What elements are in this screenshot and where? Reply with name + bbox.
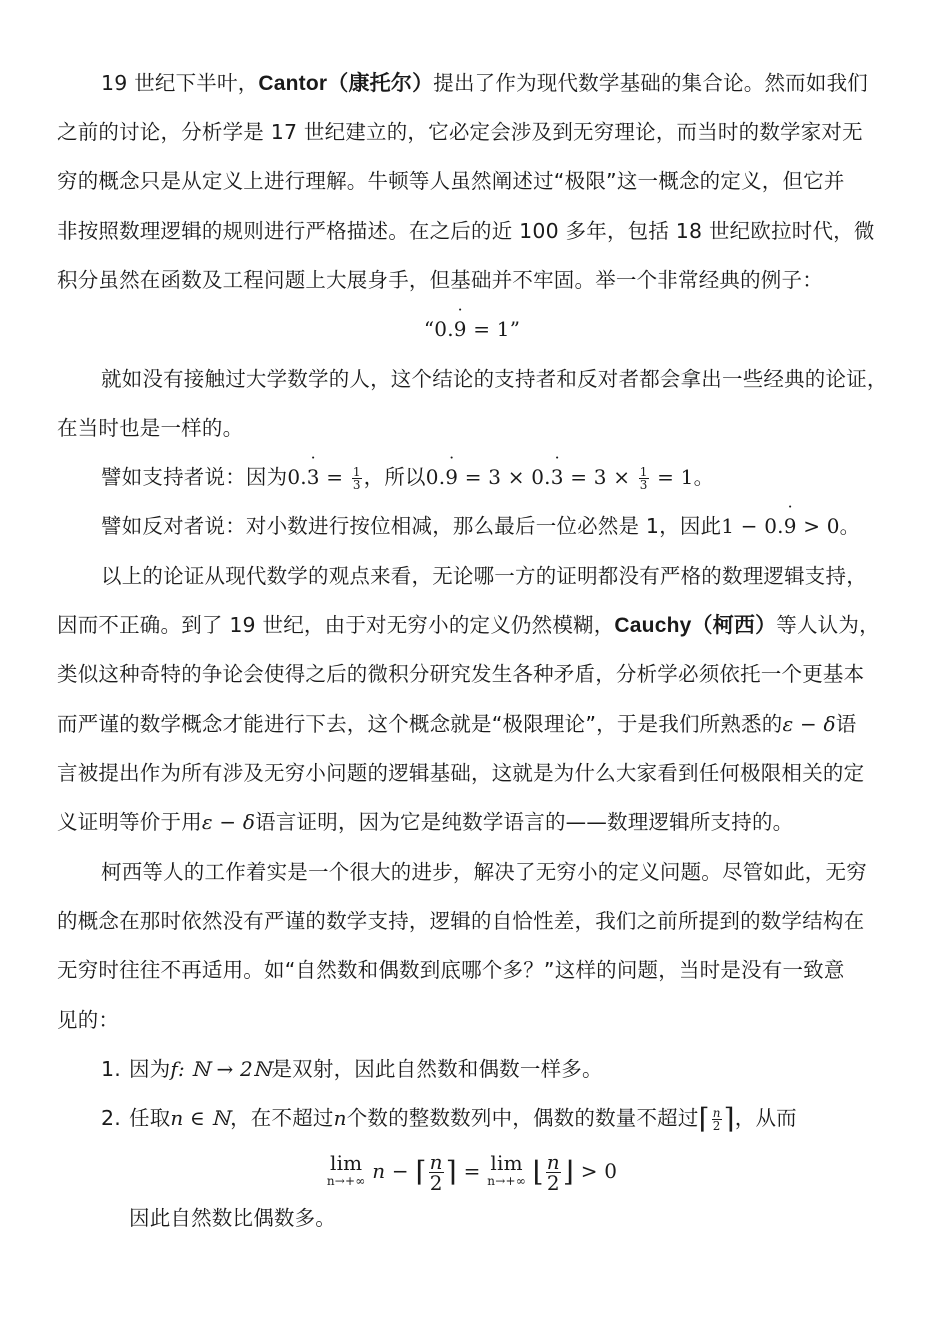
math-text: 0.: [426, 465, 445, 489]
numerator: n: [546, 1152, 561, 1173]
floor-bracket-close: ⌋: [563, 1147, 574, 1197]
lim-word: lim: [330, 1154, 362, 1172]
denominator: 2: [547, 1173, 560, 1193]
denominator: 3: [353, 479, 361, 491]
list-marker: 2.: [101, 1103, 129, 1133]
fraction-n-over-2: n2: [712, 1107, 722, 1132]
fraction-one-third: 13: [352, 466, 362, 491]
paragraph-5-line-1: 以上的论证从现代数学的观点来看，无论哪一方的证明都没有严格的数理逻辑支持，: [101, 561, 867, 591]
paragraph-2-line-1: 就如没有接触过大学数学的人，这个结论的支持者和反对者都会拿出一些经典的论证，: [101, 364, 888, 394]
repeating-digit: 9: [454, 314, 467, 344]
paragraph-5-line-6: 义证明等价于用ε − δ语言证明，因为它是纯数学语言的——数理逻辑所支持的。: [57, 807, 793, 837]
text: ，从而: [735, 1106, 797, 1130]
lim-word: lim: [490, 1154, 522, 1172]
paragraph-2-line-2: 在当时也是一样的。: [57, 413, 243, 443]
math-text: = 3 × 0.: [458, 465, 551, 489]
limit-equation: limn→+∞ n − ⌈n2⌉ = limn→+∞ ⌊n2⌋ > 0: [57, 1146, 887, 1196]
math-text: n −: [372, 1159, 409, 1183]
ceiling-bracket-close: ⌉: [724, 1104, 735, 1134]
numerator: n: [712, 1107, 722, 1120]
text: 义证明等价于用: [57, 810, 202, 834]
math-text: > 0: [581, 1159, 617, 1183]
conclusion: 因此自然数比偶数多。: [129, 1203, 336, 1233]
text: 譬如支持者说：因为: [101, 465, 287, 489]
math-text: > 0。: [797, 514, 860, 538]
paragraph-1-line-2: 之前的讨论，分析学是 17 世纪建立的，它必定会涉及到无穷理论，而当时的数学家对…: [57, 117, 863, 147]
lim-subscript: n→+∞: [487, 1172, 526, 1190]
bijection-formula: f: ℕ → 2ℕ: [170, 1057, 271, 1081]
denominator: 2: [713, 1120, 721, 1132]
text: 而严谨的数学概念才能进行下去，这个概念就是“极限理论”，于是我们所熟悉的: [57, 712, 782, 736]
limit-1: limn→+∞: [327, 1154, 366, 1190]
paragraph-5-line-4: 而严谨的数学概念才能进行下去，这个概念就是“极限理论”，于是我们所熟悉的ε − …: [57, 709, 856, 739]
math: 1 − 0.9 > 0。: [721, 514, 860, 538]
paragraph-6-line-1: 柯西等人的工作着实是一个很大的进步，解决了无穷小的定义问题。尽管如此，无穷: [101, 857, 867, 887]
ceiling-bracket-open: ⌈: [699, 1104, 710, 1134]
epsilon-delta: ε − δ: [202, 810, 255, 834]
ceiling-bracket-open: ⌈: [416, 1147, 427, 1197]
denominator: 2: [430, 1173, 443, 1193]
equation-repeating-nine: “0.9 = 1”: [57, 314, 887, 344]
text: 因为: [129, 1057, 170, 1081]
numerator: 1: [352, 466, 362, 479]
list-item-2: 2.任取n ∈ ℕ，在不超过n个数的整数数列中，偶数的数量不超过⌈n2⌉，从而: [101, 1103, 797, 1134]
cauchy-name: Cauchy（柯西）: [614, 614, 776, 637]
text: 语言证明，因为它是纯数学语言的——数理逻辑所支持的。: [255, 810, 793, 834]
text: 任取: [129, 1106, 170, 1130]
text: 譬如反对者说：对小数进行按位相减，那么最后一位必然是 1，因此: [101, 514, 721, 538]
epsilon-delta: ε − δ: [782, 712, 835, 736]
paragraph-5-line-3: 类似这种奇特的争论会使得之后的微积分研究发生各种矛盾，分析学必须依托一个更基本: [57, 659, 864, 689]
text: 个数的整数数列中，偶数的数量不超过: [347, 1106, 699, 1130]
math-text: “0.: [424, 317, 454, 341]
math-text: =: [320, 465, 350, 489]
numerator: 1: [639, 466, 649, 479]
math-text: = 1。: [651, 465, 714, 489]
paragraph-1-line-3: 穷的概念只是从定义上进行理解。牛顿等人虽然阐述过“极限”这一概念的定义，但它并: [57, 166, 845, 196]
math: n: [334, 1106, 347, 1130]
math-text: 1 − 0.: [721, 514, 783, 538]
limit-2: limn→+∞: [487, 1154, 526, 1190]
text: ，在不超过: [230, 1106, 334, 1130]
math-text: = 1”: [467, 317, 520, 341]
fraction-n-over-2: n2: [546, 1152, 561, 1193]
repeating-digit: 9: [445, 462, 458, 492]
cantor-name: Cantor（康托尔）: [258, 72, 433, 95]
math: 0.9 = 3 × 0.3 = 3 ×: [426, 465, 637, 489]
fraction-n-over-2: n2: [429, 1152, 444, 1193]
math-text: 0.: [287, 465, 306, 489]
paragraph-5-line-5: 言被提出作为所有涉及无穷小问题的逻辑基础，这就是为什么大家看到任何极限相关的定: [57, 758, 864, 788]
ceiling-bracket-close: ⌉: [446, 1147, 457, 1197]
text: 是双射，因此自然数和偶数一样多。: [271, 1057, 602, 1081]
supporter-argument: 譬如支持者说：因为0.3 = 13，所以0.9 = 3 × 0.3 = 3 × …: [101, 462, 714, 492]
equals: =: [464, 1159, 481, 1183]
text: 19 世纪下半叶，: [101, 71, 258, 95]
denominator: 3: [640, 479, 648, 491]
opponent-argument: 譬如反对者说：对小数进行按位相减，那么最后一位必然是 1，因此1 − 0.9 >…: [101, 511, 860, 541]
repeating-digit: 9: [784, 511, 797, 541]
paragraph-6-line-4: 见的：: [57, 1005, 119, 1035]
list-item-1: 1.因为f: ℕ → 2ℕ是双射，因此自然数和偶数一样多。: [101, 1054, 603, 1084]
list-marker: 1.: [101, 1054, 129, 1084]
paragraph-5-line-2: 因而不正确。到了 19 世纪，由于对无穷小的定义仍然模糊，Cauchy（柯西）等…: [57, 610, 880, 641]
paragraph-1-line-1: 19 世纪下半叶，Cantor（康托尔）提出了作为现代数学基础的集合论。然而如我…: [101, 68, 868, 99]
text: 语: [836, 712, 857, 736]
lim-subscript: n→+∞: [327, 1172, 366, 1190]
paragraph-6-line-3: 无穷时往往不再适用。如“自然数和偶数到底哪个多？”这样的问题，当时是没有一致意: [57, 955, 845, 985]
paragraph-6-line-2: 的概念在那时依然没有严谨的数学支持，逻辑的自恰性差，我们之前所提到的数学结构在: [57, 906, 864, 936]
floor-bracket-open: ⌊: [533, 1147, 544, 1197]
numerator: n: [429, 1152, 444, 1173]
text: 因而不正确。到了 19 世纪，由于对无穷小的定义仍然模糊，: [57, 613, 614, 637]
text: 提出了作为现代数学基础的集合论。然而如我们: [433, 71, 868, 95]
text: ，所以: [364, 465, 426, 489]
text: 等人认为，: [776, 613, 880, 637]
fraction-one-third: 13: [639, 466, 649, 491]
math-text: = 3 ×: [564, 465, 637, 489]
math: 0.3 =: [287, 465, 350, 489]
paragraph-1-line-4: 非按照数理逻辑的规则进行严格描述。在之后的近 100 多年，包括 18 世纪欧拉…: [57, 216, 875, 246]
repeating-digit: 3: [307, 462, 320, 492]
paragraph-1-line-5: 积分虽然在函数及工程问题上大展身手，但基础并不牢固。举一个非常经典的例子：: [57, 265, 823, 295]
math: n ∈ ℕ: [170, 1106, 230, 1130]
repeating-digit: 3: [551, 462, 564, 492]
